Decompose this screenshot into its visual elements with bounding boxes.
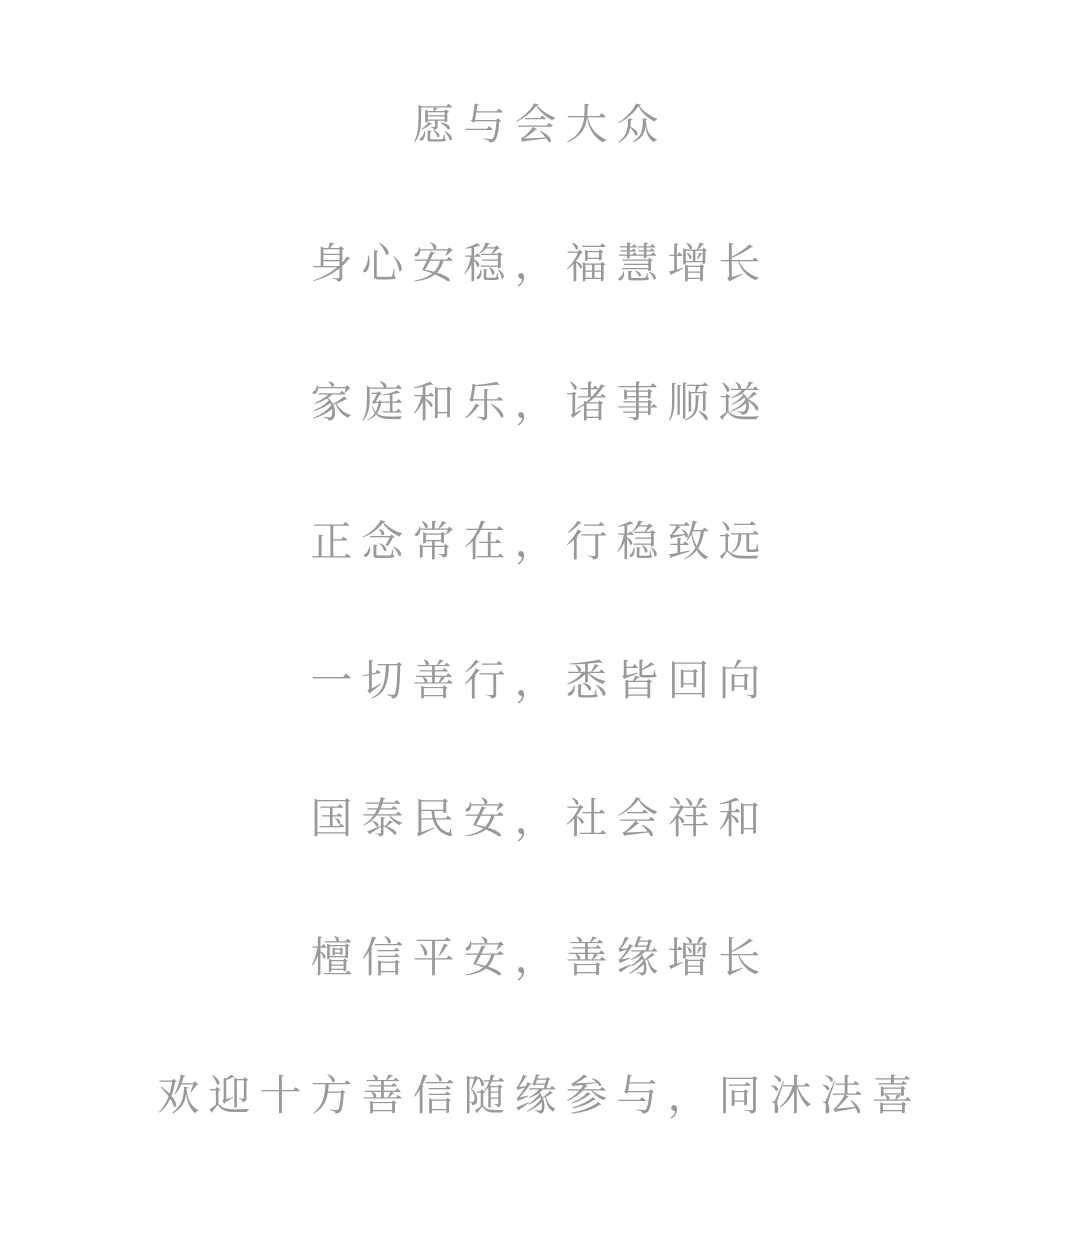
blessing-line-1: 身心安稳，福慧增长 xyxy=(0,236,1080,292)
blessing-line-2: 家庭和乐，诸事顺遂 xyxy=(0,375,1080,431)
blessing-line-4: 一切善行，悉皆回向 xyxy=(0,653,1080,709)
blessing-line-5: 国泰民安，社会祥和 xyxy=(0,791,1080,847)
blessing-closing-invitation: 欢迎十方善信随缘参与，同沐法喜 xyxy=(0,1068,1080,1124)
blessing-line-6: 檀信平安，善缘增长 xyxy=(0,930,1080,986)
blessing-line-3: 正念常在，行稳致远 xyxy=(0,514,1080,570)
blessing-heading: 愿与会大众 xyxy=(0,97,1080,153)
